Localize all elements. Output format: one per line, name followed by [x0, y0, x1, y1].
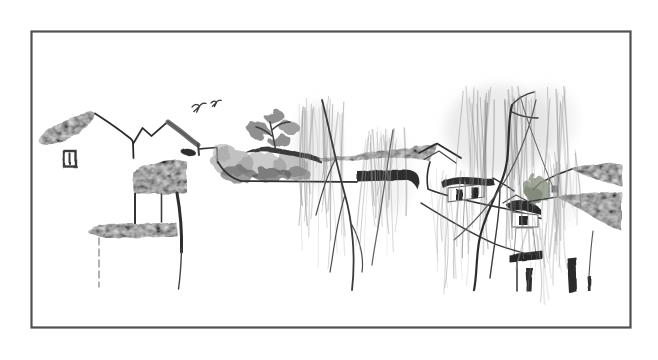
ink-painting: [0, 0, 658, 360]
swallow-icon: [211, 100, 221, 106]
dark-chimney-post: [567, 257, 577, 293]
left-house-ridge-line: [95, 114, 134, 159]
left-house-roof: [38, 112, 94, 144]
wall-leg-right: [177, 193, 182, 252]
small-house-window: [519, 216, 528, 225]
eave-bar: [88, 224, 179, 238]
dark-roof-house: [88, 160, 187, 289]
second-house-window-blob: [181, 148, 197, 157]
center-tree: [247, 109, 298, 152]
willow-strand: [553, 233, 555, 285]
second-house-gable-outline: [133, 122, 168, 145]
wall-leg-right-taper: [179, 248, 182, 289]
second-house-roof-shade: [168, 122, 197, 144]
swallow-icon: [192, 103, 206, 112]
roof-support-line: [589, 231, 593, 276]
artwork-canvas: [0, 0, 658, 360]
roof-support-foot: [587, 276, 591, 291]
dark-roof-mass: [133, 160, 187, 194]
left-house-window: [64, 152, 76, 167]
second-house: [133, 122, 218, 164]
swallows: [192, 100, 221, 112]
left-house: [38, 112, 134, 167]
